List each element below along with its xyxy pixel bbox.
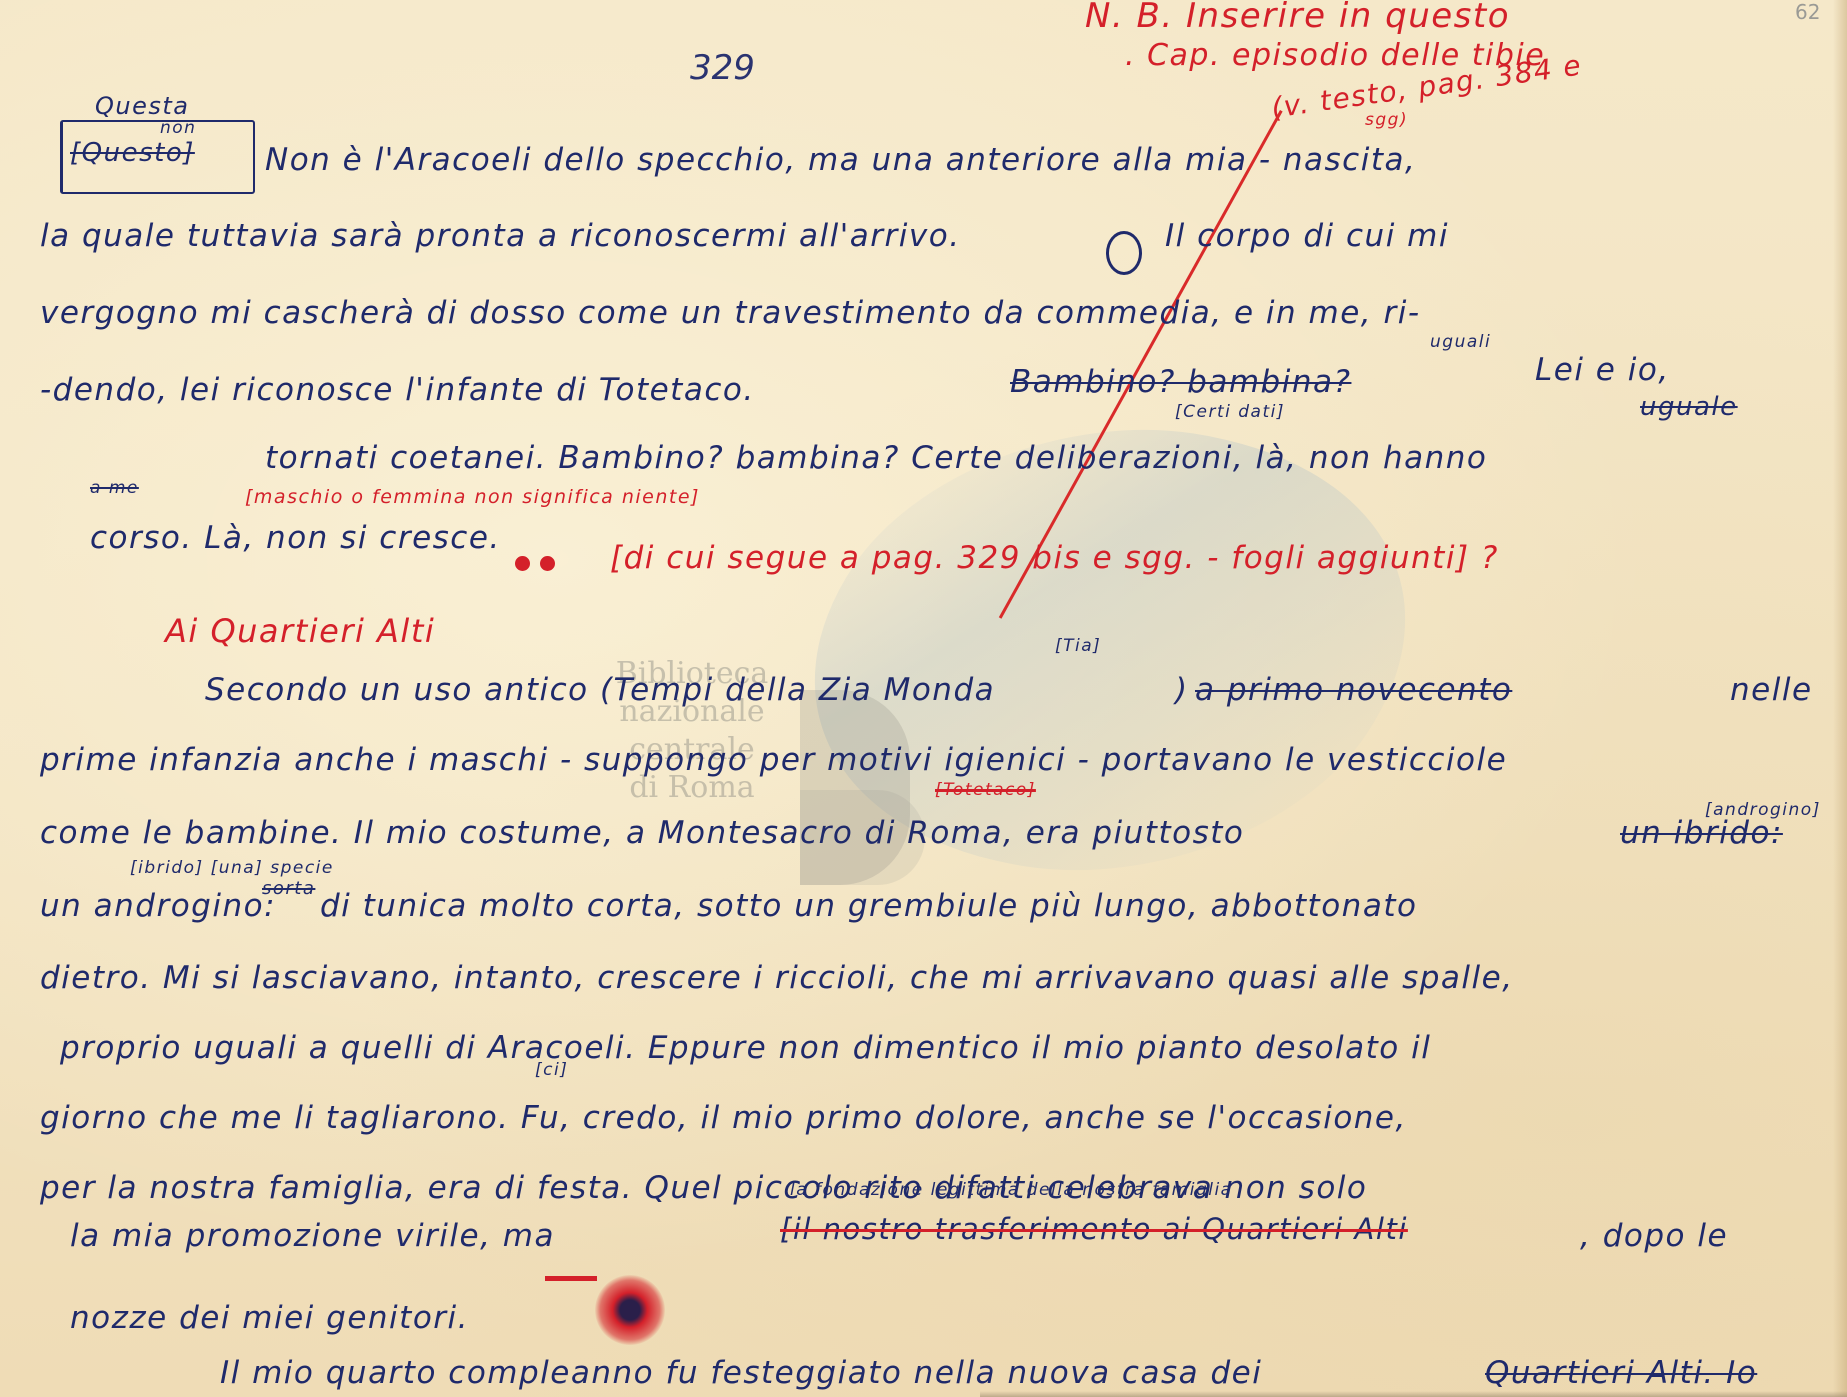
- red-note-di-cui-segue: [di cui segue a pag. 329 bis e sgg. - fo…: [610, 540, 1499, 576]
- interlinear-ibrido-specie: [ibrido] [una] specie: [130, 858, 334, 878]
- interlinear-uguali: uguali: [1430, 332, 1491, 352]
- red-dot: [540, 556, 555, 571]
- page-edge-bottom: [980, 1391, 1847, 1397]
- line-11: un androgino:: [40, 888, 276, 924]
- red-dots-mark: [515, 556, 565, 575]
- page-number: 329: [690, 48, 755, 88]
- interlinear-certi-dati: [Certi dati]: [1175, 402, 1285, 422]
- interlinear-ci: [ci]: [535, 1060, 568, 1080]
- section-heading: Ai Quartieri Alti: [165, 612, 435, 650]
- red-arrow-mark: [545, 1276, 597, 1281]
- top-note-line-4: sgg): [1365, 110, 1408, 130]
- line-4-lei-e-io: Lei e io,: [1535, 352, 1670, 388]
- line-3: vergogno mi cascherà di dosso come un tr…: [40, 295, 1421, 331]
- top-note-line-1: N. B. Inserire in questo: [1085, 0, 1510, 36]
- struck-un-ibrido: un ibrido:: [1620, 815, 1783, 851]
- line-8-nelle: nelle: [1730, 672, 1813, 708]
- line-8-paren: ): [1175, 672, 1189, 708]
- struck-sorta: sorta: [262, 878, 315, 899]
- line-4: -dendo, lei riconosce l'infante di Totet…: [40, 372, 755, 408]
- line-15: per la nostra famiglia, era di festa. Qu…: [40, 1170, 1367, 1206]
- struck-trasferimento: [il nostro trasferimento ai Quartieri Al…: [780, 1212, 1408, 1246]
- line-1: Non è l'Aracoeli dello specchio, ma una …: [265, 142, 1416, 178]
- line-8: Secondo un uso antico (Tempi della Zia M…: [205, 672, 995, 708]
- struck-primo-novecento: a primo novecento: [1195, 672, 1512, 708]
- line-2-continued: Il corpo di cui mi: [1165, 218, 1449, 254]
- line-10: come le bambine. Il mio costume, a Monte…: [40, 815, 1244, 851]
- line-11-continued: di tunica molto corta, sotto un grembiul…: [320, 888, 1417, 924]
- struck-bambino-bambina: Bambino? bambina?: [1010, 364, 1351, 400]
- red-scribble-blot: [595, 1275, 665, 1345]
- struck-quartieri-alti-io: Quartieri Alti. Io: [1485, 1355, 1757, 1391]
- interlinear-tia: [Tia]: [1055, 636, 1101, 656]
- struck-uguale: uguale: [1640, 392, 1738, 422]
- red-dot: [515, 556, 530, 571]
- struck-questo: [Questo]: [70, 138, 195, 168]
- line-14: giorno che me li tagliarono. Fu, credo, …: [40, 1100, 1407, 1136]
- red-note-maschio-femmina: [maschio o femmina non significa niente]: [245, 486, 700, 508]
- manuscript-page: Biblioteca nazionale centrale di Roma 32…: [0, 0, 1847, 1397]
- line-18: Il mio quarto compleanno fu festeggiato …: [220, 1355, 1262, 1391]
- archive-number: 62: [1795, 0, 1820, 24]
- page-edge-shadow: [1833, 0, 1847, 1397]
- line-16-continued: , dopo le: [1580, 1218, 1728, 1254]
- struck-a-me: a me: [90, 478, 139, 498]
- line-2: la quale tuttavia sarà pronta a riconosc…: [40, 218, 961, 254]
- insertion-circle-mark: [1106, 231, 1142, 275]
- interlinear-totetaco-struck: [Totetaco]: [935, 780, 1036, 800]
- line-5: tornati coetanei. Bambino? bambina? Cert…: [265, 440, 1487, 476]
- line-17: nozze dei miei genitori.: [70, 1300, 469, 1336]
- line-13: proprio uguali a quelli di Aracoeli. Epp…: [60, 1030, 1431, 1066]
- interlinear-questa: Questa: [95, 92, 190, 120]
- line-9: prime infanzia anche i maschi - suppongo…: [40, 742, 1507, 778]
- line-6: corso. Là, non si cresce.: [90, 520, 501, 556]
- line-12: dietro. Mi si lasciavano, intanto, cresc…: [40, 960, 1514, 996]
- line-16: la mia promozione virile, ma: [70, 1218, 555, 1254]
